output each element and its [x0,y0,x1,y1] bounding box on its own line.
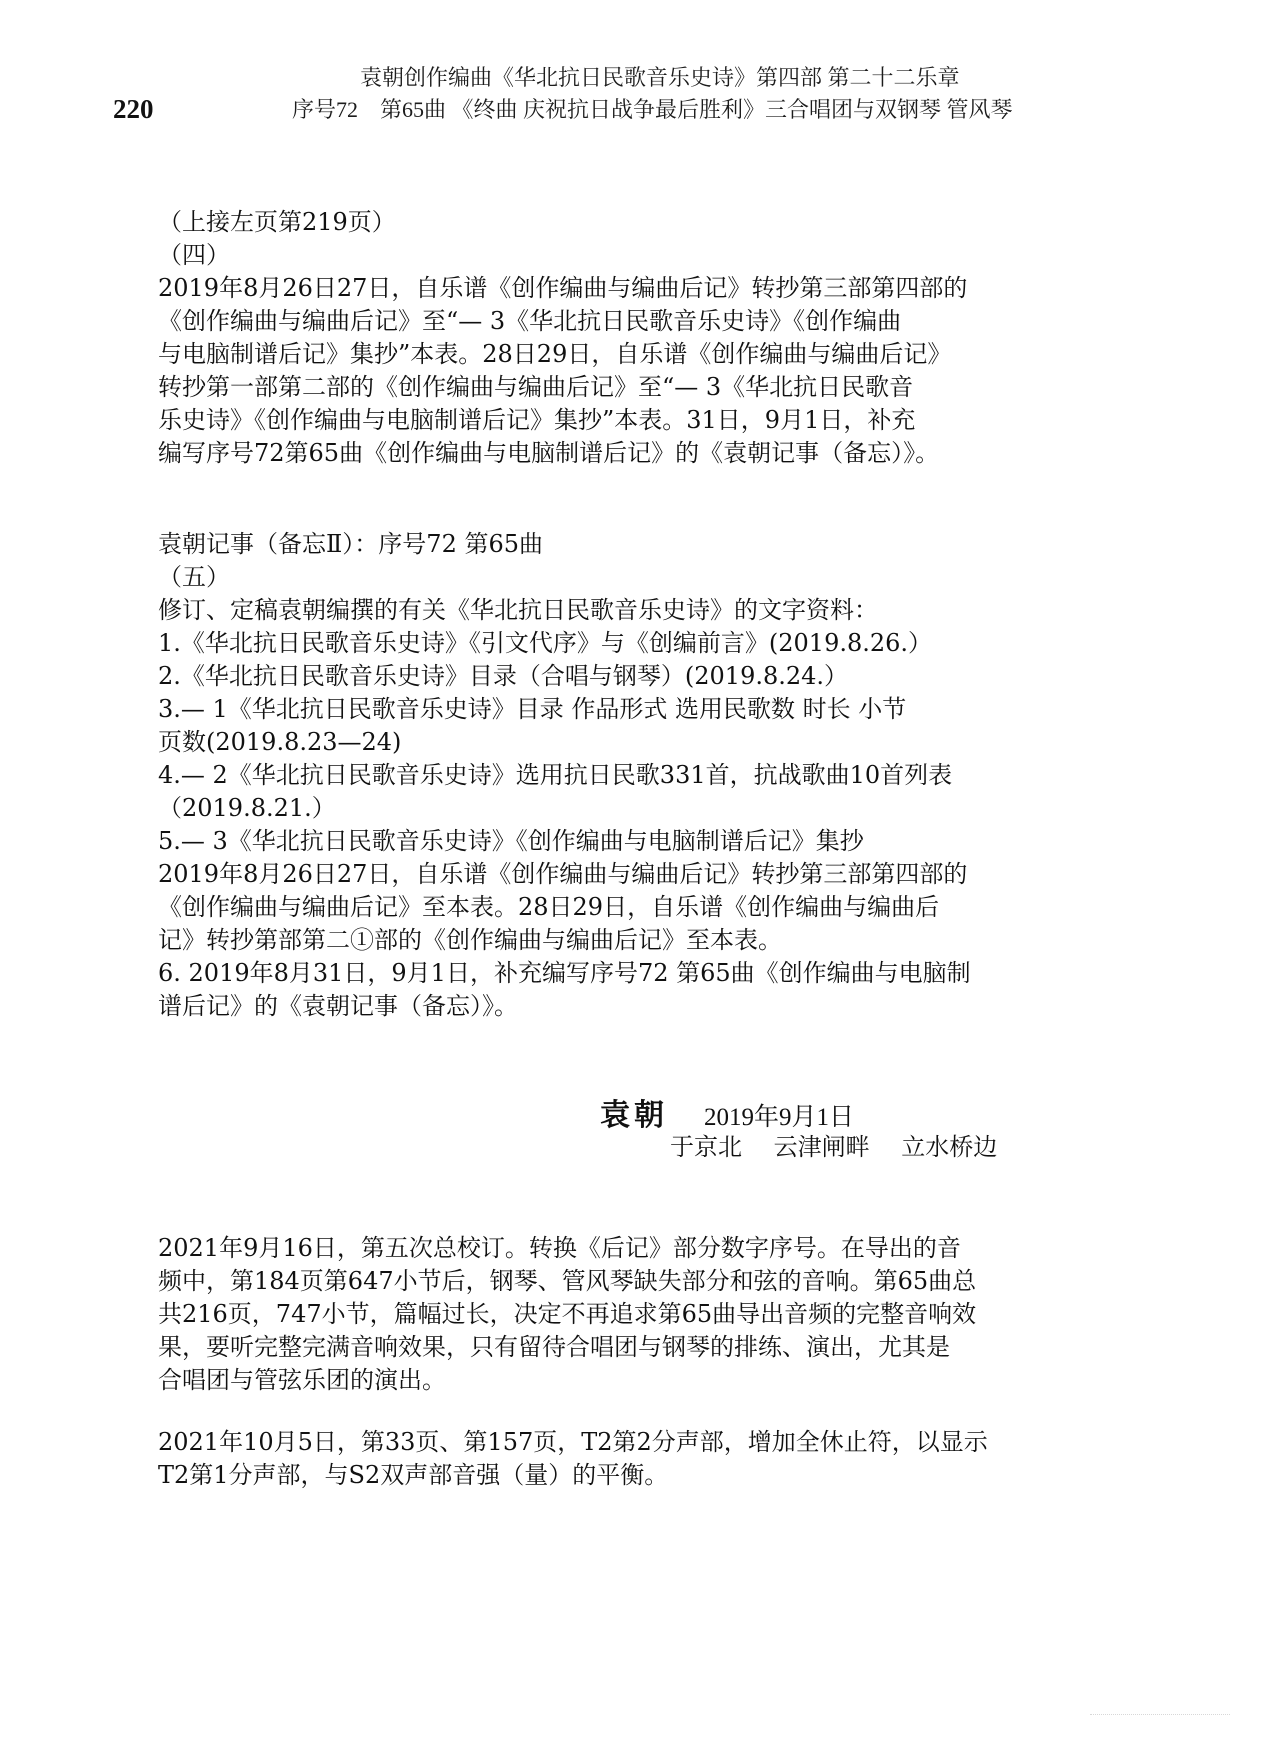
list-item: 2.《华北抗日民歌音乐史诗》目录（合唱与钢琴）(2019.8.24.） [158,660,1118,693]
list-item-continuation: 2019年8月26日27日，自乐谱《创作编曲与编曲后记》转抄第三部第四部的 [158,858,1118,891]
signature-date: 2019年9月1日 [704,1097,854,1133]
author-name: 袁朝 [600,1090,668,1134]
memo-title: 袁朝记事（备忘Ⅱ）：序号72 第65曲 [158,528,1118,561]
list-item: 1.《华北抗日民歌音乐史诗》《引文代序》与《创编前言》(2019.8.26.） [158,627,1118,660]
paragraph-line: 频中，第184页第647小节后，钢琴、管风琴缺失部分和弦的音响。第65曲总 [158,1265,1118,1298]
paragraph-line: 编写序号72第65曲《创作编曲与电脑制谱后记》的《袁朝记事（备忘）》。 [158,437,1118,470]
paragraph-line: 转抄第一部第二部的《创作编曲与编曲后记》至“— 3《华北抗日民歌音 [158,371,1118,404]
running-head-title: 袁朝创作编曲《华北抗日民歌音乐史诗》第四部 第二十二乐章 [360,62,1120,94]
signature-block: 袁朝 2019年9月1日 于京北 云津闸畔 立水桥边 [600,1090,1120,1164]
paragraph-line: 《创作编曲与编曲后记》至“— 3《华北抗日民歌音乐史诗》《创作编曲 [158,305,1118,338]
section-four: （上接左页第219页） （四） 2019年8月26日27日，自乐谱《创作编曲与编… [158,206,1118,470]
running-head: 袁朝创作编曲《华北抗日民歌音乐史诗》第四部 第二十二乐章 序号72 第65曲 《… [360,62,1120,126]
section-heading: （五） [158,561,1118,594]
paragraph-line: 合唱团与管弦乐团的演出。 [158,1364,1118,1397]
list-item: 6. 2019年8月31日，9月1日，补充编写序号72 第65曲《创作编曲与电脑… [158,957,1118,990]
signature-place: 于京北 云津闸畔 立水桥边 [670,1130,1120,1164]
list-item-continuation: 页数(2019.8.23—24) [158,726,1118,759]
faint-watermark [1090,1714,1230,1718]
revision-note-2021-10-05: 2021年10月5日，第33页、第157页，T2第2分声部，增加全休止符，以显示… [158,1426,1118,1492]
paragraph-line: 果，要听完整完满音响效果，只有留待合唱团与钢琴的排练、演出，尤其是 [158,1331,1118,1364]
paragraph-line: 与电脑制谱后记》集抄”本表。28日29日，自乐谱《创作编曲与编曲后记》 [158,338,1118,371]
paragraph-line: 2021年10月5日，第33页、第157页，T2第2分声部，增加全休止符，以显示 [158,1426,1118,1459]
list-item: 3.— 1《华北抗日民歌音乐史诗》目录 作品形式 选用民歌数 时长 小节 [158,693,1118,726]
continuation-note: （上接左页第219页） [158,206,1118,239]
paragraph-line: 2019年8月26日27日，自乐谱《创作编曲与编曲后记》转抄第三部第四部的 [158,272,1118,305]
section-heading: （四） [158,239,1118,272]
running-head-subtitle: 序号72 第65曲 《终曲 庆祝抗日战争最后胜利》三合唱团与双钢琴 管风琴 [292,94,1120,126]
list-item: 4.— 2《华北抗日民歌音乐史诗》选用抗日民歌331首，抗战歌曲10首列表 [158,759,1118,792]
list-item-continuation: 谱后记》的《袁朝记事（备忘）》。 [158,990,1118,1023]
revision-note-2021-09-16: 2021年9月16日，第五次总校订。转换《后记》部分数字序号。在导出的音 频中，… [158,1232,1118,1397]
list-item-continuation: 记》转抄第部第二①部的《创作编曲与编曲后记》至本表。 [158,924,1118,957]
paragraph-line: 2021年9月16日，第五次总校订。转换《后记》部分数字序号。在导出的音 [158,1232,1118,1265]
paragraph-line: T2第1分声部，与S2双声部音强（量）的平衡。 [158,1459,1118,1492]
list-item-continuation: 《创作编曲与编曲后记》至本表。28日29日，自乐谱《创作编曲与编曲后 [158,891,1118,924]
page-number: 220 [113,94,154,125]
list-item-continuation: （2019.8.21.） [158,792,1118,825]
list-item: 5.— 3《华北抗日民歌音乐史诗》《创作编曲与电脑制谱后记》集抄 [158,825,1118,858]
section-five: 袁朝记事（备忘Ⅱ）：序号72 第65曲 （五） 修订、定稿袁朝编撰的有关《华北抗… [158,528,1118,1023]
paragraph-line: 修订、定稿袁朝编撰的有关《华北抗日民歌音乐史诗》的文字资料： [158,594,1118,627]
paragraph-line: 乐史诗》《创作编曲与电脑制谱后记》集抄”本表。31日，9月1日，补充 [158,404,1118,437]
paragraph-line: 共216页，747小节，篇幅过长，决定不再追求第65曲导出音频的完整音响效 [158,1298,1118,1331]
signature-row: 袁朝 2019年9月1日 [600,1090,1120,1130]
